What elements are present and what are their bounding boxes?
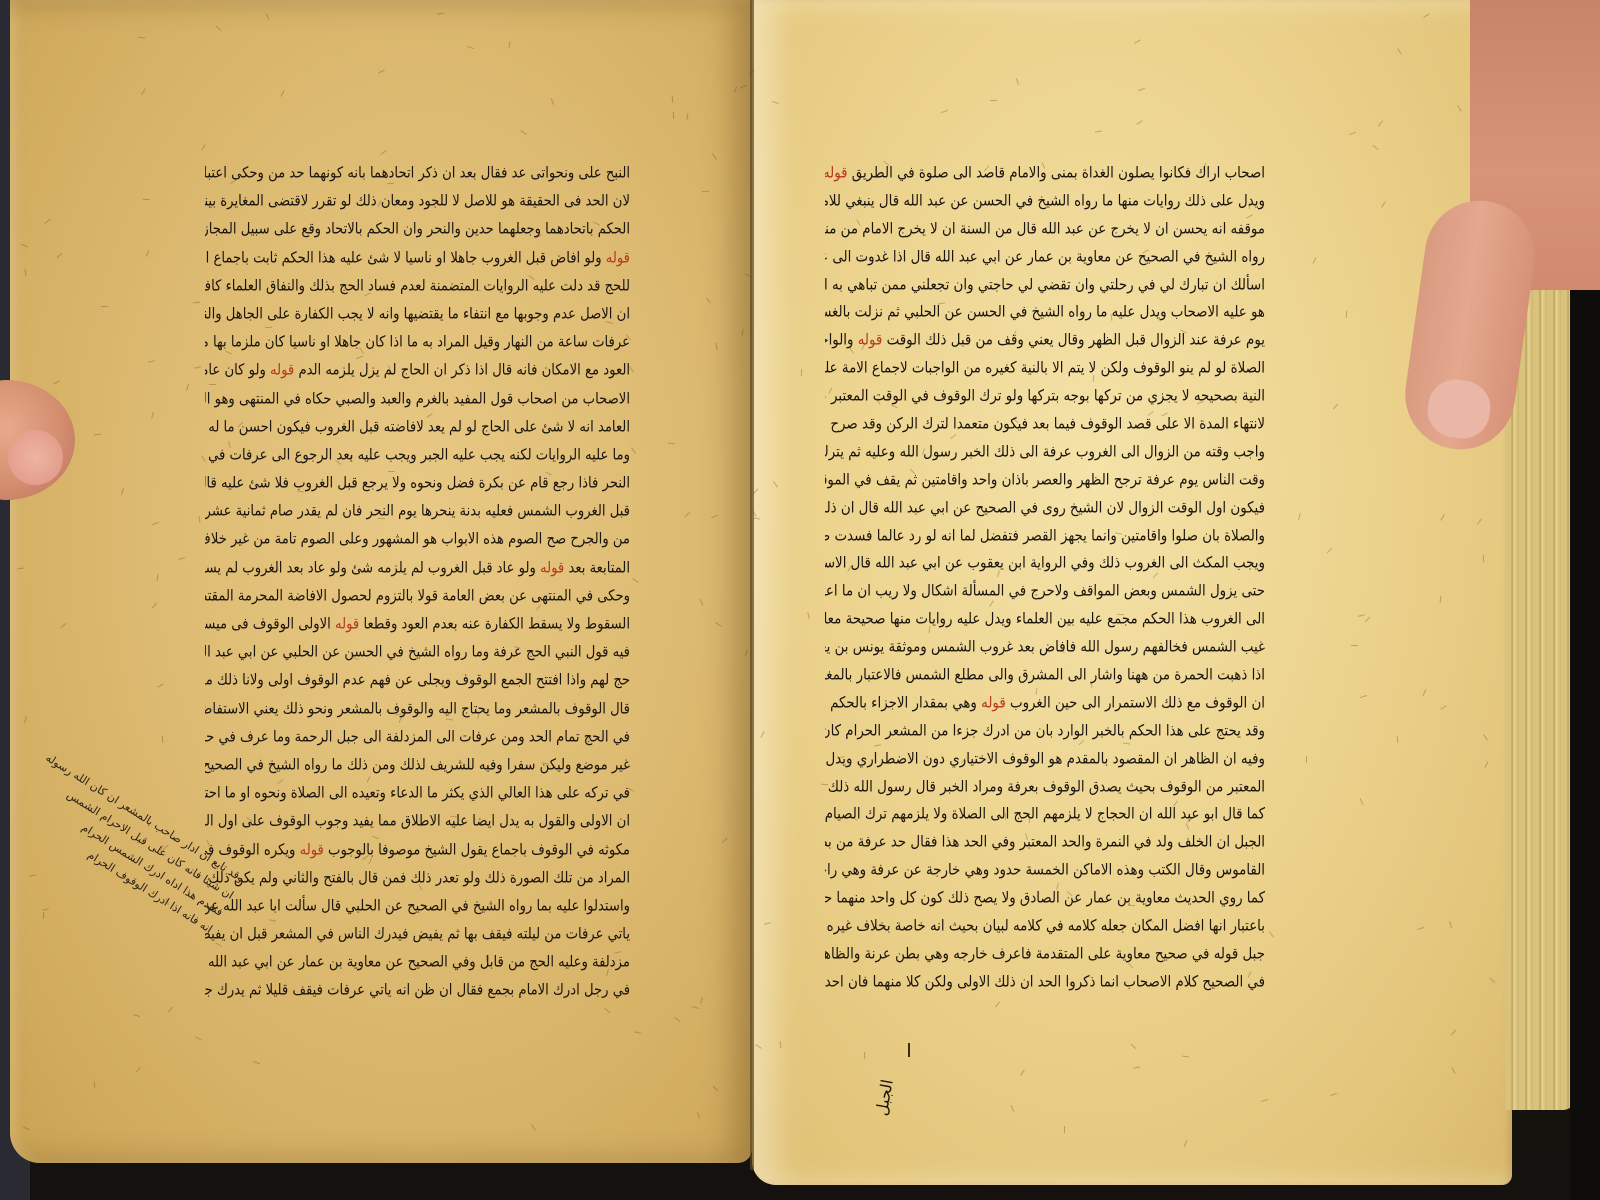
manuscript-line: ان الاولى والقول به يدل ايضا عليه الاطلا… xyxy=(205,806,630,838)
manuscript-line: من والجرح صح الصوم هذه الابواب هو المشهو… xyxy=(205,524,630,556)
rubric-keyword: قوله xyxy=(858,332,883,349)
manuscript-line: وفيه ان الظاهر ان المقصود بالمقدم هو الو… xyxy=(825,744,1265,776)
manuscript-line: فيكون اول الوقت الزوال لان الشيخ روى في … xyxy=(825,493,1265,525)
manuscript-line: الحكم باتحادهما وجعلهما حدين والنحر وان … xyxy=(205,214,630,246)
rubric-keyword: قوله xyxy=(825,165,848,182)
paper-fiber xyxy=(864,1052,865,1059)
margin-mark xyxy=(908,1043,910,1057)
paper-fiber xyxy=(101,306,108,307)
rubric-keyword: قوله xyxy=(540,559,564,576)
rubric-keyword: قوله xyxy=(981,695,1006,712)
paper-fiber xyxy=(1306,756,1307,763)
left-thumbnail xyxy=(8,430,63,485)
manuscript-line: في رجل ادرك الامام بجمع فقال ان ظن انه ي… xyxy=(205,975,630,1007)
paper-fiber xyxy=(94,433,101,435)
right-page-text: اصحاب اراك فكانوا يصلون الغداة بمنى والا… xyxy=(825,160,1265,997)
paper-fiber xyxy=(671,96,673,103)
paper-fiber xyxy=(1396,736,1398,743)
paper-fiber xyxy=(1064,1126,1065,1133)
rubric-keyword: قوله xyxy=(300,841,324,858)
rubric-keyword: قوله xyxy=(335,616,359,633)
paper-fiber xyxy=(42,912,43,919)
left-page-text: النبح على ونحواتى عد فقال بعد ان ذكر اتح… xyxy=(205,160,630,1006)
paper-fiber xyxy=(673,112,674,119)
manuscript-line: حج لهم واذا افتتح الجمع الوقوف ويجلى عن … xyxy=(205,665,630,697)
book-gutter xyxy=(750,0,754,1170)
manuscript-line: العود مع الامكان فانه قال اذا ذكر ان الح… xyxy=(205,355,630,387)
manuscript-line: في الصحيح كلام الاصحاب انما ذكروا الحد ا… xyxy=(825,967,1265,999)
paper-fiber xyxy=(1351,645,1358,646)
shadow-right xyxy=(1570,280,1600,1200)
rubric-keyword: قوله xyxy=(270,362,294,379)
rubric-keyword: قوله xyxy=(606,249,630,266)
manuscript-line: رواه الشيخ في الصحيح عن معاوية بن عمار ع… xyxy=(825,242,1265,274)
